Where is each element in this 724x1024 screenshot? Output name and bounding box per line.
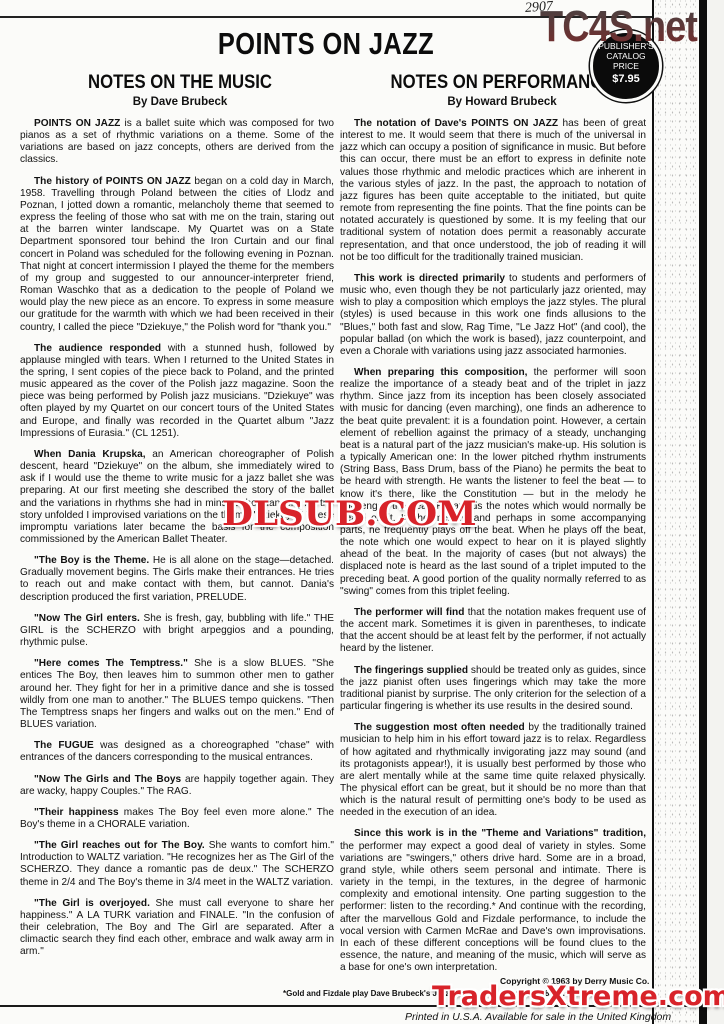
scan-margin (707, 0, 724, 1024)
paragraph-text: to students and performers of music who,… (340, 273, 646, 357)
page-title: POINTS ON JAZZ (59, 26, 594, 62)
left-column-heading: NOTES ON THE MUSIC (39, 72, 321, 94)
paragraph-text: by the traditionally trained musician to… (340, 722, 646, 818)
paragraph-lead: The fingerings supplied (354, 665, 468, 676)
left-column-paragraph: The FUGUE was designed as a choreographe… (20, 740, 334, 764)
paragraph-text: has been of great interest to me. It wou… (340, 118, 646, 263)
watermark-middle: DLSUB.COM (222, 494, 477, 534)
paragraph-text: with a stunned hush, followed by applaus… (20, 343, 334, 439)
right-column-paragraph: Since this work is in the "Theme and Var… (340, 828, 646, 974)
right-column-paragraph: The performer will find that the notatio… (340, 607, 646, 656)
left-column-paragraph: The history of POINTS ON JAZZ began on a… (20, 176, 334, 334)
paragraph-lead: "Now The Girl enters. (34, 613, 140, 624)
left-column-paragraph: "The Boy is the Theme. He is all alone o… (20, 555, 334, 604)
left-column-paragraph: POINTS ON JAZZ is a ballet suite which w… (20, 118, 334, 167)
paragraph-lead: "The Girl reaches out for The Boy. (34, 840, 205, 851)
paragraph-lead: "Now The Girls and The Boys (34, 774, 181, 785)
right-column-paragraph: The suggestion most often needed by the … (340, 722, 646, 819)
scan-noise-strip (655, 0, 699, 1024)
badge-price: $7.95 (593, 74, 659, 84)
paragraph-lead: "Their happiness (34, 807, 119, 818)
paragraph-lead: The audience responded (34, 343, 161, 354)
paragraph-text: the performer may expect a good deal of … (340, 841, 646, 974)
scan-edge-bar (699, 0, 707, 1024)
badge-line-2: CATALOG (606, 51, 645, 61)
left-column-paragraph: The audience responded with a stunned hu… (20, 343, 334, 440)
watermark-top: TC4S.net (540, 2, 697, 52)
paragraph-lead: This work is directed primarily (354, 273, 505, 284)
left-column-body: POINTS ON JAZZ is a ballet suite which w… (20, 118, 334, 968)
paragraph-lead: POINTS ON JAZZ (34, 118, 120, 129)
paragraph-lead: "Here comes The Temptress." (34, 658, 188, 669)
paragraph-lead: When preparing this composition, (354, 367, 527, 378)
paragraph-text: the performer will soon realize the impo… (340, 367, 646, 597)
right-column-paragraph: The fingerings supplied should be treate… (340, 665, 646, 714)
left-column-paragraph: "The Girl is overjoyed. She must call ev… (20, 898, 334, 959)
paragraph-lead: When Dania Krupska, (34, 449, 146, 460)
paragraph-lead: The performer will find (354, 607, 464, 618)
left-column-paragraph: "Now The Girls and The Boys are happily … (20, 774, 334, 798)
left-column-paragraph: "The Girl reaches out for The Boy. She w… (20, 840, 334, 889)
left-column-paragraph: "Now The Girl enters. She is fresh, gay,… (20, 613, 334, 649)
right-column-byline: By Howard Brubeck (352, 96, 652, 108)
right-column-paragraph: When preparing this composition, the per… (340, 367, 646, 598)
paragraph-text: began on a cold day in March, 1958. Trav… (20, 176, 334, 333)
badge-line-3: PRICE (613, 61, 639, 71)
paragraph-lead: The suggestion most often needed (354, 722, 525, 733)
paragraph-lead: Since this work is in the "Theme and Var… (354, 828, 646, 839)
watermark-bottom: TradersXtreme.com (432, 981, 724, 1012)
paragraph-lead: "The Girl is overjoyed. (34, 898, 150, 909)
left-column-paragraph: "Their happiness makes The Boy feel even… (20, 807, 334, 831)
left-column-paragraph: "Here comes The Temptress." She is a slo… (20, 658, 334, 731)
right-column-paragraph: This work is directed primarily to stude… (340, 273, 646, 358)
paragraph-lead: The history of POINTS ON JAZZ (34, 176, 191, 187)
paragraph-lead: The FUGUE (34, 740, 94, 751)
paragraph-lead: The notation of Dave's POINTS ON JAZZ (354, 118, 558, 129)
margin-line (652, 0, 654, 1024)
paragraph-lead: "The Boy is the Theme. (34, 555, 149, 566)
printed-notice: Printed in U.S.A. Available for sale in … (405, 1011, 671, 1023)
right-column-body: The notation of Dave's POINTS ON JAZZ ha… (340, 118, 646, 983)
right-column-paragraph: The notation of Dave's POINTS ON JAZZ ha… (340, 118, 646, 264)
left-column-byline: By Dave Brubeck (20, 96, 340, 108)
